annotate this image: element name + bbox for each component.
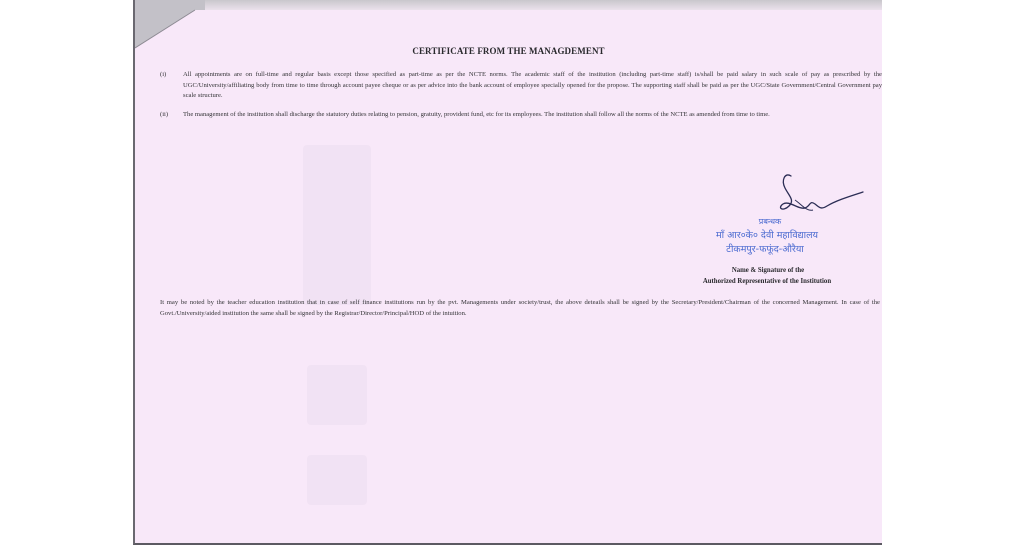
signature-caption-line2: Authorized Representative of the Institu…	[662, 278, 872, 285]
signature-caption-line1: Name & Signature of the	[663, 267, 873, 274]
clause-number: (ii)	[160, 110, 180, 121]
handwritten-signature	[755, 170, 875, 220]
scan-top-band	[135, 0, 882, 10]
stamp-designation: प्रबन्धक	[670, 216, 870, 227]
signing-note: It may be noted by the teacher education…	[160, 298, 880, 319]
clause-text: The management of the institution shall …	[183, 110, 882, 121]
signature-block: प्रबन्धक माँ आर०के० देवी महाविद्यालय टीक…	[675, 170, 885, 295]
stamp-institution-name: माँ आर०के० देवी महाविद्यालय	[667, 228, 867, 241]
bleed-through-photo	[307, 365, 367, 425]
bleed-through-photo	[307, 455, 367, 505]
clause-text: All appointments are on full-time and re…	[183, 70, 882, 102]
scanned-document-page: CERTIFICATE FROM THE MANAGDEMENT (i) All…	[133, 0, 882, 545]
bleed-through-photo	[303, 145, 371, 305]
document-title: CERTIFICATE FROM THE MANAGDEMENT	[135, 46, 882, 56]
clause-number: (i)	[160, 70, 180, 81]
stamp-location: टीकमपुर-फफूंद-औरैया	[665, 242, 865, 255]
folded-corner	[135, 0, 205, 50]
